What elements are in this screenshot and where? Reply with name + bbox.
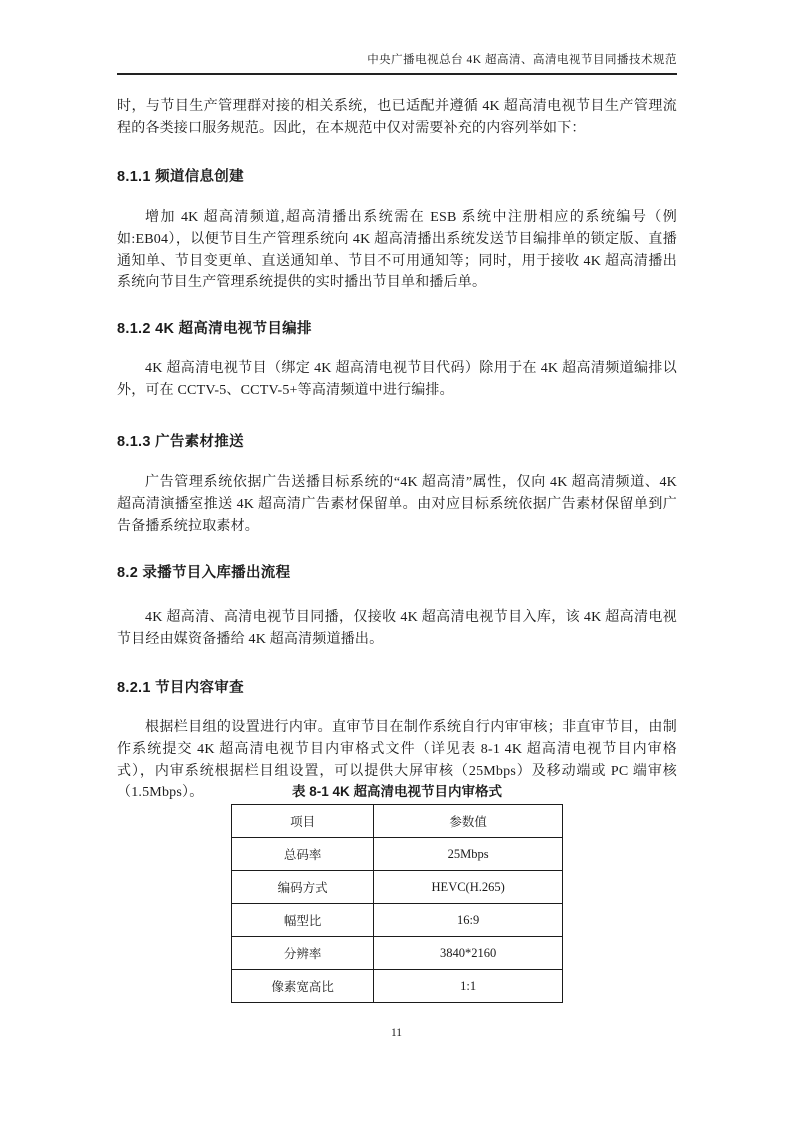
table-row: 编码方式 HEVC(H.265) [232,871,563,904]
section-paragraph-8-1-3: 广告管理系统依据广告送播目标系统的“4K 超高清”属性，仅向 4K 超高清频道、… [117,472,677,537]
table-cell-value: 1:1 [374,970,563,1003]
section-heading-8-2: 8.2 录播节目入库播出流程 [117,564,677,583]
section-heading-8-1-3: 8.1.3 广告素材推送 [117,433,677,452]
table-header-value: 参数值 [374,805,563,838]
intro-paragraph: 时，与节目生产管理群对接的相关系统，也已适配并遵循 4K 超高清电视节目生产管理… [117,96,677,140]
table-row: 像素宽高比 1:1 [232,970,563,1003]
table-cell-label: 幅型比 [232,904,374,937]
section-heading-8-2-1: 8.2.1 节目内容审查 [117,679,677,698]
table-row: 分辨率 3840*2160 [232,937,563,970]
table-cell-value: 3840*2160 [374,937,563,970]
table-cell-value: 25Mbps [374,838,563,871]
running-header: 中央广播电视总台 4K 超高清、高清电视节目同播技术规范 [117,53,677,75]
section-paragraph-8-2: 4K 超高清、高清电视节目同播，仅接收 4K 超高清电视节目入库，该 4K 超高… [117,607,677,651]
section-heading-8-1-2: 8.1.2 4K 超高清电视节目编排 [117,320,677,339]
table-cell-label: 像素宽高比 [232,970,374,1003]
review-format-table-block: 表 8-1 4K 超高清电视节目内审格式 项目 参数值 总码率 25Mbps 编… [117,783,677,1003]
table-caption: 表 8-1 4K 超高清电视节目内审格式 [117,783,677,801]
table-row: 总码率 25Mbps [232,838,563,871]
section-paragraph-8-1-2: 4K 超高清电视节目（绑定 4K 超高清电视节目代码）除用于在 4K 超高清频道… [117,358,677,402]
review-format-table: 项目 参数值 总码率 25Mbps 编码方式 HEVC(H.265) 幅型比 1… [231,804,563,1003]
section-heading-8-1-1: 8.1.1 频道信息创建 [117,168,677,187]
table-header-row: 项目 参数值 [232,805,563,838]
table-header-item: 项目 [232,805,374,838]
running-header-title: 中央广播电视总台 4K 超高清、高清电视节目同播技术规范 [367,54,677,66]
section-paragraph-8-1-1: 增加 4K 超高清频道,超高清播出系统需在 ESB 系统中注册相应的系统编号（例… [117,207,677,294]
table-cell-label: 分辨率 [232,937,374,970]
page-number: 11 [0,1026,793,1040]
table-cell-value: 16:9 [374,904,563,937]
document-page: 中央广播电视总台 4K 超高清、高清电视节目同播技术规范 时，与节目生产管理群对… [0,0,793,1122]
table-cell-label: 编码方式 [232,871,374,904]
table-row: 幅型比 16:9 [232,904,563,937]
table-cell-value: HEVC(H.265) [374,871,563,904]
table-cell-label: 总码率 [232,838,374,871]
